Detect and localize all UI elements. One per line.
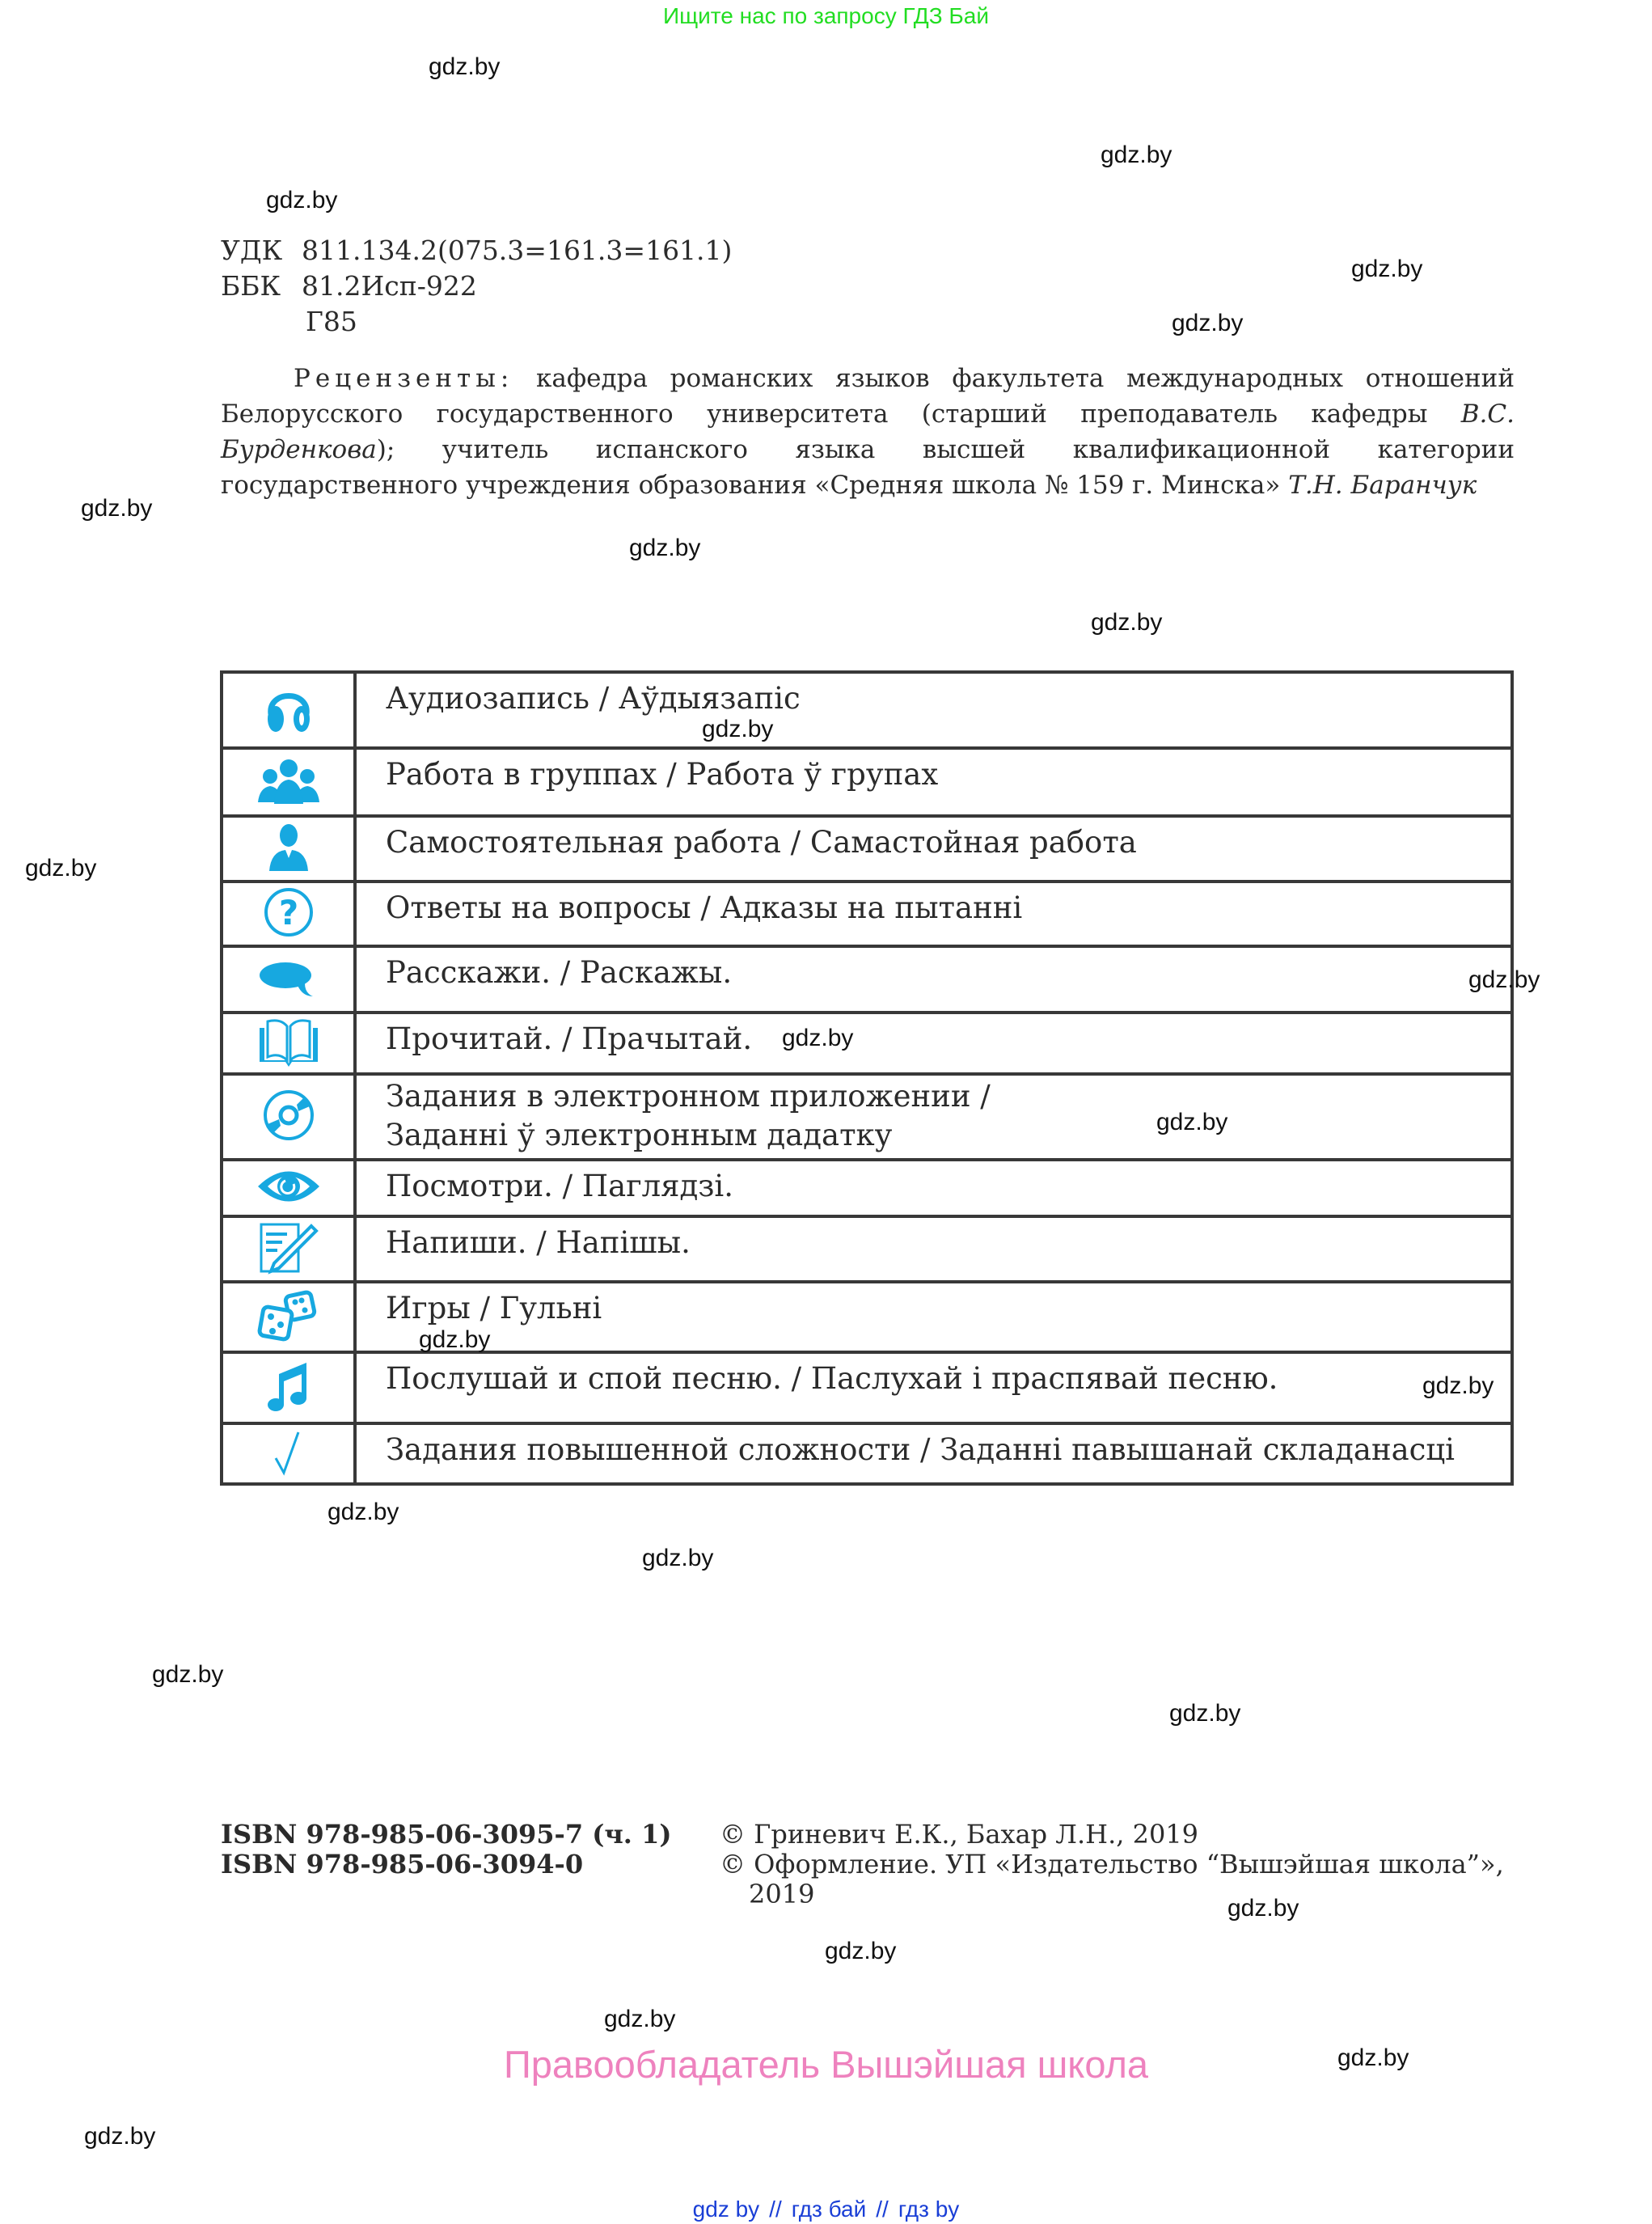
- udk-line: УДК811.134.2(075.3=161.3=161.1): [221, 233, 732, 268]
- udk-label: УДК: [221, 233, 302, 268]
- reviewer-name-2: Т.Н. Баранчук: [1288, 471, 1477, 500]
- copyright-design: © Оформление. УП «Издательство “Вышэйшая…: [720, 1850, 1504, 1879]
- legend-label-line: Прочитай. / Прачытай.: [386, 1019, 1510, 1059]
- legend-row: Аудиозапись / Аўдыязапіс: [223, 674, 1510, 746]
- watermark: gdz.by: [1337, 2044, 1409, 2072]
- legend-row: Послушай и спой песню. / Паслухай і прас…: [223, 1351, 1510, 1422]
- legend-label: Работа в группах / Работа ў групах: [357, 750, 1510, 814]
- dice-icon: [256, 1289, 321, 1346]
- disc-icon: [256, 1089, 321, 1145]
- legend-row: ?Ответы на вопросы / Адказы на пытанні: [223, 880, 1510, 945]
- legend-label-line: Заданні ў электронным дадатку: [386, 1116, 1510, 1155]
- headphones-icon: [256, 682, 321, 738]
- watermark: gdz.by: [1422, 1372, 1494, 1400]
- legend-icon-cell: [223, 1076, 357, 1158]
- watermark: gdz.by: [782, 1025, 853, 1052]
- watermark: gdz.by: [1169, 1700, 1240, 1727]
- watermark: gdz.by: [629, 535, 700, 562]
- legend-label: Расскажи. / Раскажы.: [357, 948, 1510, 1011]
- watermark: gdz.by: [825, 1938, 896, 1965]
- legend-row: Самостоятельная работа / Самастойная раб…: [223, 814, 1510, 880]
- watermark: gdz.by: [1156, 1109, 1227, 1136]
- legend-icon-cell: [223, 1014, 357, 1072]
- watermark: gdz.by: [429, 53, 500, 81]
- legend-icon-cell: ?: [223, 883, 357, 945]
- footer-link[interactable]: gdz by: [693, 2197, 760, 2222]
- eye-icon: [256, 1160, 321, 1216]
- legend-label-line: Аудиозапись / Аўдыязапіс: [386, 679, 1510, 719]
- legend-label-line: Напиши. / Напішы.: [386, 1223, 1510, 1263]
- footer-link[interactable]: гдз бай: [792, 2197, 867, 2222]
- legend-icon-cell: [223, 1283, 357, 1351]
- legend-label: Послушай и спой песню. / Паслухай і прас…: [357, 1354, 1510, 1422]
- legend-label-line: Задания повышенной сложности / Заданні п…: [386, 1430, 1510, 1470]
- checkmark-icon: [256, 1426, 321, 1482]
- watermark: gdz.by: [702, 716, 773, 743]
- legend-icon-cell: [223, 1218, 357, 1280]
- watermark: gdz.by: [266, 187, 337, 214]
- legend-label: Напиши. / Напішы.: [357, 1218, 1510, 1280]
- open-book-icon: [256, 1015, 321, 1072]
- legend-icon-cell: [223, 750, 357, 814]
- legend-icon-cell: [223, 1161, 357, 1215]
- bbk-value: 81.2Исп-922: [302, 270, 477, 302]
- icon-legend-table: Аудиозапись / АўдыязапісРабота в группах…: [220, 670, 1514, 1486]
- music-note-icon: [256, 1359, 321, 1416]
- bbk-label: ББК: [221, 268, 302, 304]
- footer-separator: //: [769, 2197, 782, 2222]
- legend-label-line: Игры / Гульні: [386, 1288, 1510, 1329]
- legend-label-line: Ответы на вопросы / Адказы на пытанні: [386, 888, 1510, 928]
- reviewers-label: Рецензенты:: [294, 364, 513, 393]
- legend-row: Прочитай. / Прачытай.: [223, 1011, 1510, 1072]
- legend-label: Ответы на вопросы / Адказы на пытанні: [357, 883, 1510, 945]
- watermark: gdz.by: [84, 2123, 155, 2150]
- legend-icon-cell: [223, 674, 357, 746]
- legend-icon-cell: [223, 948, 357, 1011]
- legend-label: Посмотри. / Паглядзі.: [357, 1161, 1510, 1215]
- watermark: gdz.by: [81, 495, 152, 522]
- legend-row: Игры / Гульні: [223, 1280, 1510, 1351]
- legend-label: Прочитай. / Прачытай.: [357, 1014, 1510, 1072]
- watermark: gdz.by: [1101, 142, 1172, 169]
- author-mark: Г85: [306, 304, 357, 340]
- speech-bubble-icon: [256, 951, 321, 1008]
- legend-icon-cell: [223, 1354, 357, 1422]
- bbk-line: ББК81.2Исп-922: [221, 268, 477, 304]
- legend-icon-cell: [223, 1425, 357, 1482]
- question-icon: ?: [256, 886, 321, 942]
- copyright-authors: © Гриневич Е.К., Бахар Л.Н., 2019: [720, 1820, 1198, 1850]
- legend-row: Посмотри. / Паглядзі.: [223, 1158, 1510, 1215]
- watermark: gdz.by: [25, 855, 96, 882]
- reviewers-paragraph: Рецензенты: кафедра романских языков фак…: [221, 361, 1515, 503]
- legend-label: Задания повышенной сложности / Заданні п…: [357, 1425, 1510, 1482]
- legend-row: Расскажи. / Раскажы.: [223, 945, 1510, 1011]
- legend-label: Аудиозапись / Аўдыязапіс: [357, 674, 1510, 746]
- isbn-part-1: ISBN 978-985-06-3095-7 (ч. 1): [221, 1820, 671, 1850]
- legend-row: Напиши. / Напішы.: [223, 1215, 1510, 1280]
- legend-label: Игры / Гульні: [357, 1283, 1510, 1351]
- footer-links: gdz by//гдз бай//гдз by: [0, 2197, 1652, 2222]
- isbn-set: ISBN 978-985-06-3094-0: [221, 1850, 583, 1879]
- person-icon: [256, 821, 321, 877]
- udk-value: 811.134.2(075.3=161.3=161.1): [302, 235, 732, 266]
- search-banner: Ищите нас по запросу ГДЗ Бай: [0, 3, 1652, 29]
- watermark: gdz.by: [1468, 966, 1540, 994]
- legend-label: Задания в электронном приложении /Заданн…: [357, 1076, 1510, 1158]
- legend-label-line: Расскажи. / Раскажы.: [386, 953, 1510, 993]
- legend-row: Задания повышенной сложности / Заданні п…: [223, 1422, 1510, 1482]
- legend-label-line: Посмотри. / Паглядзі.: [386, 1166, 1510, 1207]
- legend-icon-cell: [223, 818, 357, 880]
- legend-label: Самостоятельная работа / Самастойная раб…: [357, 818, 1510, 880]
- legend-label-line: Задания в электронном приложении /: [386, 1077, 1510, 1116]
- write-icon: [256, 1221, 321, 1278]
- watermark: gdz.by: [604, 2006, 675, 2033]
- watermark: gdz.by: [1227, 1895, 1299, 1922]
- watermark: gdz.by: [327, 1499, 399, 1526]
- legend-label-line: Послушай и спой песню. / Паслухай і прас…: [386, 1359, 1510, 1399]
- watermark: gdz.by: [1351, 256, 1422, 283]
- legend-row: Работа в группах / Работа ў групах: [223, 746, 1510, 814]
- watermark: gdz.by: [1091, 609, 1162, 636]
- footer-link[interactable]: гдз by: [898, 2197, 959, 2222]
- legend-row: Задания в электронном приложении /Заданн…: [223, 1072, 1510, 1158]
- watermark: gdz.by: [419, 1326, 490, 1354]
- watermark: gdz.by: [642, 1545, 713, 1572]
- svg-text:?: ?: [278, 893, 298, 932]
- watermark: gdz.by: [152, 1661, 223, 1689]
- copyright-design-year: 2019: [720, 1879, 814, 1909]
- footer-separator: //: [876, 2197, 889, 2222]
- legend-label-line: Самостоятельная работа / Самастойная раб…: [386, 822, 1510, 863]
- watermark: gdz.by: [1172, 310, 1243, 337]
- legend-label-line: Работа в группах / Работа ў групах: [386, 755, 1510, 795]
- group-icon: [256, 754, 321, 810]
